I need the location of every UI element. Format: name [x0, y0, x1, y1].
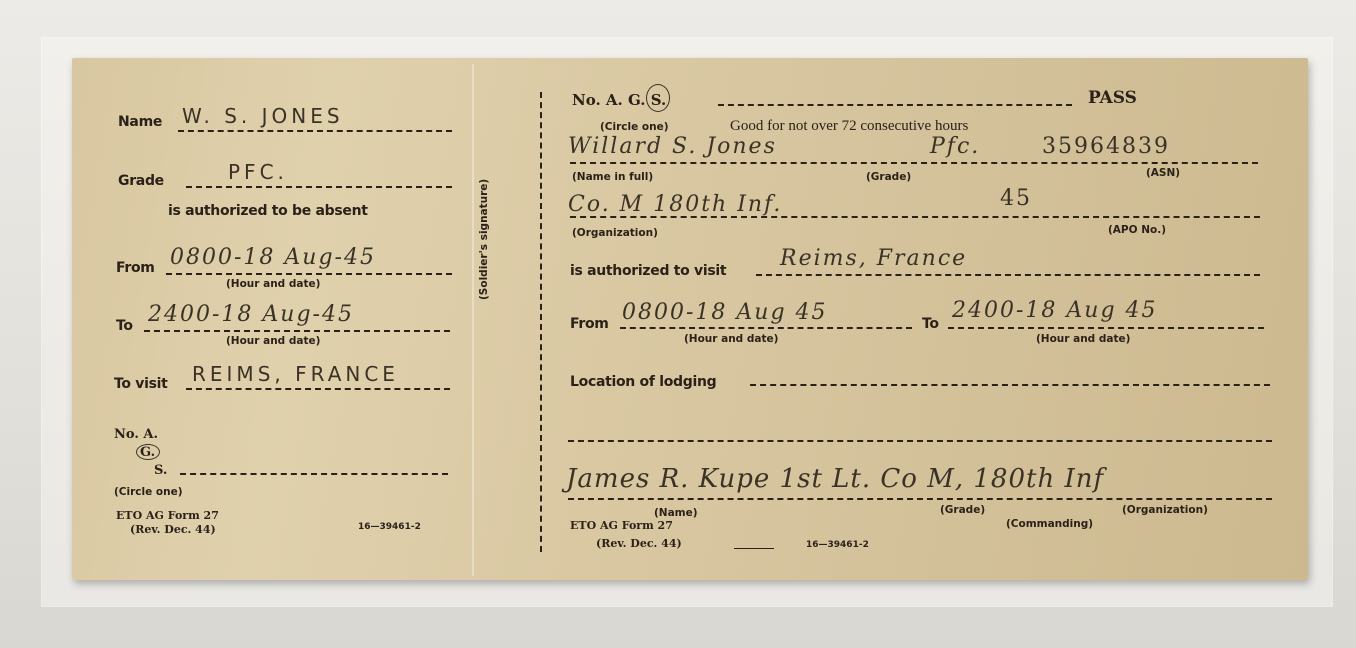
pass-to-value: 2400-18 Aug 45	[952, 298, 1158, 323]
pass-validity: Good for not over 72 consecutive hours	[730, 118, 968, 135]
pass-organization-value: Co. M 180th Inf.	[568, 192, 782, 217]
pass-from-label: From	[570, 316, 609, 332]
soldier-signature-label: (Soldier's signature)	[478, 179, 490, 300]
stub-from-value: 0800-18 Aug-45	[170, 245, 376, 270]
soldier-signature-line	[540, 92, 542, 552]
pass-rev-line	[734, 548, 774, 549]
stub-form-rev: (Rev. Dec. 44)	[130, 523, 216, 536]
stub-circle-one: (Circle one)	[114, 486, 183, 498]
pass-to-hint: (Hour and date)	[1036, 333, 1130, 345]
pass-grade-hint: (Grade)	[866, 171, 911, 183]
pass-name-hint: (Name in full)	[572, 171, 653, 183]
pass-signer-value: James R. Kupe 1st Lt. Co M, 180th Inf	[566, 464, 1104, 494]
pass-from-value: 0800-18 Aug 45	[622, 300, 828, 325]
stub-form-id: ETO AG Form 27	[116, 509, 219, 522]
stub-no-s: S.	[154, 463, 167, 478]
pass-lodging-line	[750, 384, 1270, 386]
stub-name-line	[178, 130, 452, 132]
pass-form-rev: (Rev. Dec. 44)	[596, 537, 682, 550]
pass-lodging-label: Location of lodging	[570, 374, 716, 390]
pass-full-name-value: Willard S. Jones	[568, 134, 777, 159]
pass-title: PASS	[1088, 88, 1137, 108]
stub-circle-mark	[136, 444, 160, 460]
stub-no-label: No. A.	[114, 427, 158, 442]
stub-print-code: 16—39461-2	[358, 522, 421, 532]
pass-apo-value: 45	[1000, 186, 1032, 211]
pass-signer-org-hint: (Organization)	[1122, 504, 1208, 516]
stub-to-hint: (Hour and date)	[226, 335, 320, 347]
pass-lodging-line-2	[568, 440, 1272, 442]
stub-grade-line	[186, 186, 452, 188]
pass-organization-hint: (Organization)	[572, 227, 658, 239]
pass-from-line	[620, 327, 912, 329]
pass-asn-value: 35964839	[1042, 134, 1170, 159]
pass-grade-value: Pfc.	[930, 134, 980, 159]
pass-form-id: ETO AG Form 27	[570, 519, 673, 532]
stub-no-line	[180, 473, 448, 475]
stub-name-value: W. S. JONES	[182, 104, 344, 128]
perforation-fold	[472, 64, 474, 576]
pass-name-line	[570, 162, 1258, 164]
pass-signer-commanding-hint: (Commanding)	[1006, 518, 1093, 530]
pass-visit-value: Reims, France	[780, 246, 967, 271]
stub-from-hint: (Hour and date)	[226, 278, 320, 290]
pass-print-code: 16—39461-2	[806, 540, 869, 550]
stub-authorized-text: is authorized to be absent	[168, 203, 368, 219]
pass-to-label: To	[922, 316, 939, 332]
stub-from-label: From	[116, 260, 155, 276]
pass-circle-mark	[646, 84, 670, 112]
pass-signer-line	[568, 498, 1272, 500]
stub-visit-label: To visit	[114, 376, 168, 392]
pass-circle-one: (Circle one)	[600, 121, 669, 133]
pass-from-hint: (Hour and date)	[684, 333, 778, 345]
stub-from-line	[166, 273, 452, 275]
pass-apo-hint: (APO No.)	[1108, 224, 1166, 236]
pass-visit-line	[756, 274, 1260, 276]
stub-visit-line	[186, 388, 450, 390]
pass-visit-label: is authorized to visit	[570, 263, 726, 279]
stub-name-label: Name	[118, 114, 162, 130]
pass-signer-grade-hint: (Grade)	[940, 504, 985, 516]
stub-to-line	[144, 330, 450, 332]
stub-to-value: 2400-18 Aug-45	[148, 302, 354, 327]
pass-asn-hint: (ASN)	[1146, 167, 1180, 179]
stub-visit-value: REIMS, FRANCE	[192, 362, 399, 386]
pass-no-line	[718, 104, 1072, 106]
stub-grade-label: Grade	[118, 173, 164, 189]
pass-to-line	[948, 327, 1264, 329]
stub-to-label: To	[116, 318, 133, 334]
pass-signer-name-hint: (Name)	[654, 507, 698, 519]
stub-grade-value: PFC.	[228, 160, 288, 184]
